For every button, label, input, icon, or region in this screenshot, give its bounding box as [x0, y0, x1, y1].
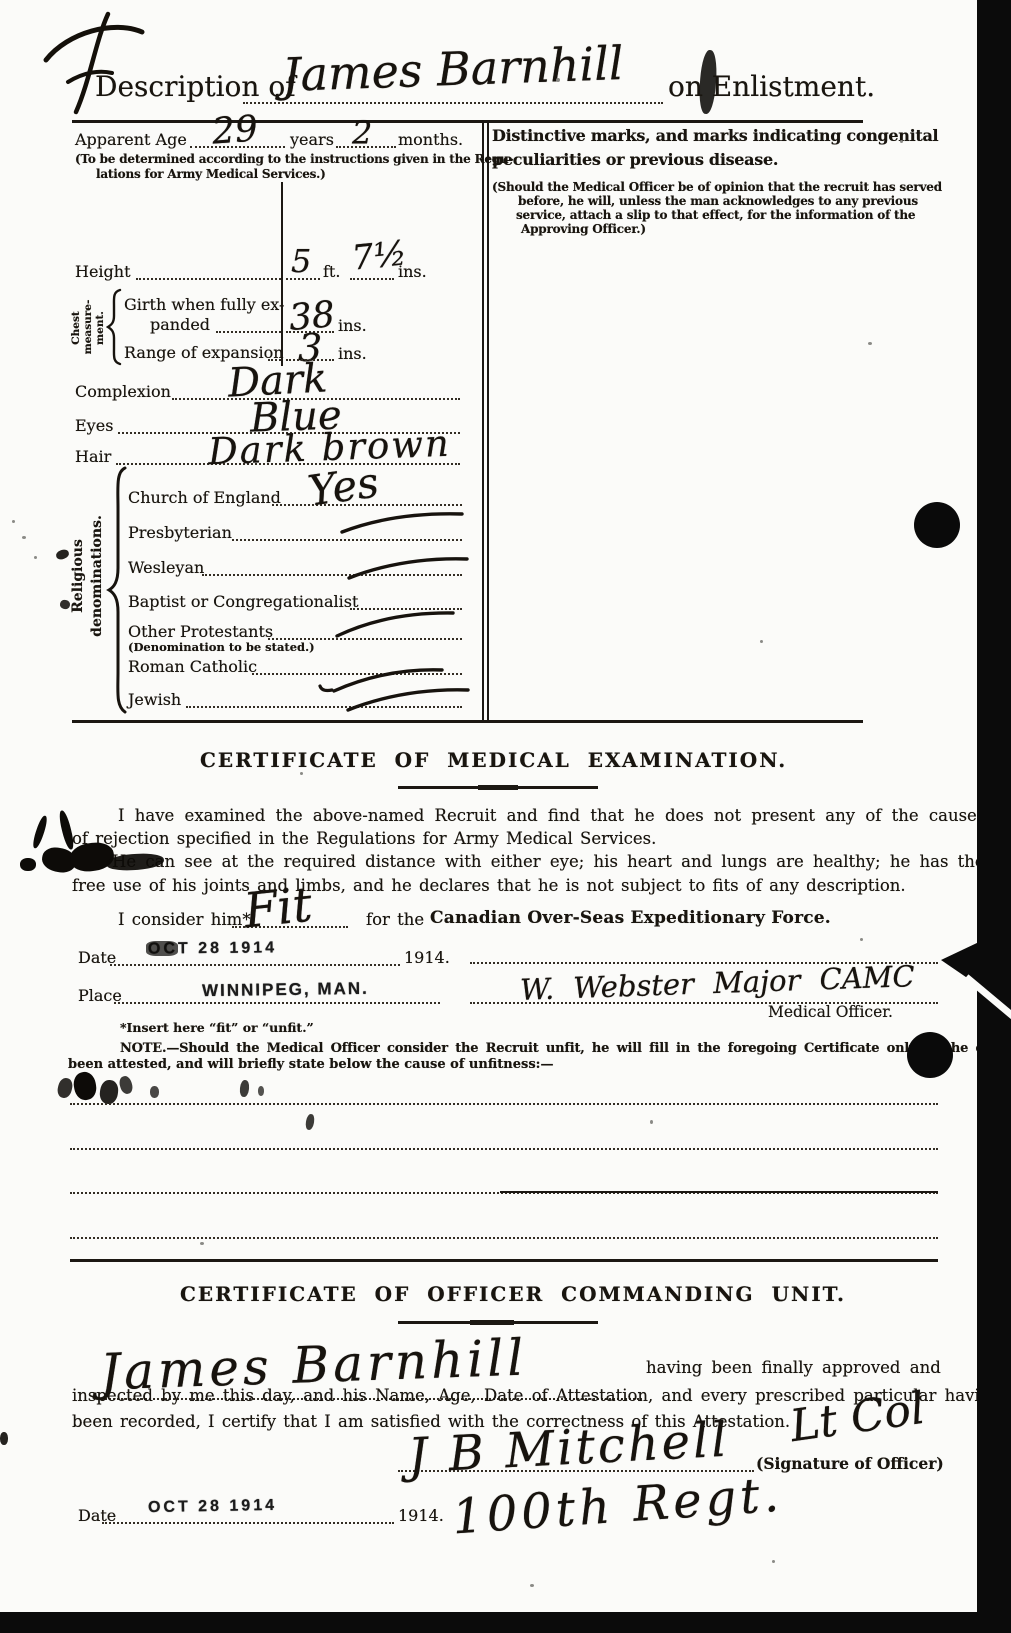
consider-mid: for the: [366, 910, 424, 929]
religion-side-label-2: denominations.: [89, 515, 105, 637]
officer-signature-caption: (Signature of Officer): [756, 1454, 944, 1473]
baptist-label: Baptist or Congregationalist: [128, 592, 358, 611]
chest-brace: [106, 288, 122, 366]
cause-line-2: [70, 1130, 938, 1150]
medical-para2-line2: free use of his joints and limbs, and he…: [72, 876, 906, 895]
chest-side-label-2: measure-: [82, 300, 94, 355]
table-top-rule: [72, 120, 863, 123]
height-label: Height: [75, 262, 131, 281]
speck-10: [300, 772, 303, 775]
other-protestants-label: Other Protestants: [128, 622, 273, 641]
eyes-label: Eyes: [75, 416, 113, 435]
chest-side-label-1: Chest: [70, 311, 82, 344]
distinctive-marks-note-3: service, attach a slip to that effect, f…: [516, 208, 915, 222]
chest-side-label-3: ment.: [94, 311, 106, 345]
speck-1: [12, 520, 15, 523]
speck-5: [868, 342, 872, 345]
column-divider-line-1: [482, 120, 484, 722]
roman-catholic-label: Roman Catholic: [128, 657, 257, 676]
girth-unit: ins.: [338, 316, 367, 335]
church-of-england-label: Church of England: [128, 488, 281, 507]
jewish-label: Jewish: [128, 690, 181, 709]
cause-line-3-solid: [500, 1191, 938, 1193]
height-dots-3: [350, 260, 394, 280]
cause-line-5: [70, 1259, 938, 1262]
insert-fit-note: *Insert here “fit” or “unfit.”: [120, 1020, 314, 1035]
speck-13: [556, 78, 560, 82]
age-months-unit: months.: [398, 130, 463, 149]
table-bottom-rule: [72, 720, 863, 723]
scanned-enlistment-form: Description of James Barnhill on Enlistm…: [0, 0, 1011, 1633]
height-dots: [136, 260, 281, 280]
wesleyan-dash-mark: [345, 552, 471, 580]
medical-date-year: 1914.: [404, 948, 450, 967]
medical-para2-line1: He can see at the required distance with…: [112, 852, 985, 871]
wesleyan-label: Wesleyan: [128, 558, 204, 577]
presbyterian-label: Presbyterian: [128, 523, 232, 542]
speck-12: [772, 1560, 775, 1563]
fitness-value: Fit: [241, 877, 314, 940]
co-heading-underline-blob: [470, 1320, 514, 1325]
presbyterian-dash-mark: [338, 508, 466, 534]
co-certificate-heading: CERTIFICATE OF OFFICER COMMANDING UNIT.: [180, 1282, 760, 1306]
jewish-dash-mark: [344, 682, 472, 712]
age-note-line1: (To be determined according to the instr…: [75, 152, 513, 166]
unfit-note-line1: NOTE.—Should the Medical Officer conside…: [120, 1041, 1011, 1056]
distinctive-marks-note-4: Approving Officer.): [521, 222, 646, 236]
cause-line-1: [70, 1085, 938, 1105]
hole-punch-bottom: [907, 1032, 953, 1078]
other-protestants-dash-mark: [333, 606, 457, 638]
religion-side-label-1: Religious: [70, 539, 86, 613]
value-column-line: [281, 182, 283, 366]
speck-7: [650, 1120, 653, 1124]
girth-label-line2: panded: [150, 315, 210, 334]
cause-line-4: [70, 1219, 938, 1239]
consider-prefix: I consider him*: [118, 910, 251, 929]
distinctive-marks-heading-2: peculiarities or previous disease.: [492, 150, 778, 169]
scan-right-bar: [977, 0, 1011, 1633]
range-unit: ins.: [338, 344, 367, 363]
age-months-value: 2: [352, 114, 372, 152]
age-years-value: 29: [211, 108, 260, 152]
distinctive-marks-note-1: (Should the Medical Officer be of opinio…: [492, 180, 942, 194]
speck-11: [530, 1584, 534, 1587]
date-stamp-overstrike: [146, 941, 178, 956]
girth-label-line1: Girth when fully ex-: [124, 295, 284, 314]
smudge-8: [305, 1113, 316, 1130]
medical-certificate-heading: CERTIFICATE OF MEDICAL EXAMINATION.: [200, 748, 740, 772]
co-date-year: 1914.: [398, 1506, 444, 1525]
distinctive-marks-note-2: before, he will, unless the man acknowle…: [518, 194, 918, 208]
speck-2: [22, 536, 26, 539]
height-inches-unit: ins.: [398, 262, 427, 281]
speck-6: [760, 640, 763, 643]
ink-blot-stroke-1: [31, 815, 49, 850]
other-protestants-sub-label: (Denomination to be stated.): [128, 640, 315, 654]
girth-dots: [216, 313, 281, 333]
apparent-age-label: Apparent Age: [75, 130, 187, 149]
religion-brace: [106, 466, 128, 714]
age-years-unit: years: [290, 130, 334, 149]
speck-8: [200, 1242, 204, 1245]
height-feet-unit: ft.: [323, 262, 340, 281]
complexion-label: Complexion: [75, 382, 171, 401]
ink-blot-main-4: [20, 858, 36, 871]
force-name: Canadian Over-Seas Expeditionary Force.: [430, 908, 831, 928]
scan-bottom-bar: [0, 1612, 1011, 1633]
speck-4: [900, 140, 903, 143]
age-note-line2: lations for Army Medical Services.): [96, 167, 326, 181]
co-approved-text: having been finally approved and: [646, 1358, 941, 1377]
margin-mark-1: [55, 548, 70, 561]
unfit-note-line2: been attested, and will briefly state be…: [68, 1057, 553, 1072]
speck-9: [860, 938, 863, 941]
column-divider-line-2: [487, 120, 489, 722]
hole-punch-top: [914, 502, 960, 548]
medical-heading-underline-blob: [478, 785, 518, 790]
church-of-england-value: Yes: [305, 457, 382, 515]
margin-mark-3: [0, 1432, 8, 1445]
co-date-stamp: OCT 28 1914: [148, 1497, 277, 1517]
distinctive-marks-heading-1: Distinctive marks, and marks indicating …: [492, 126, 938, 145]
medical-para1-line2: of rejection specified in the Regulation…: [72, 829, 656, 848]
height-dots-2: [286, 260, 320, 280]
hair-label: Hair: [75, 447, 111, 466]
speck-3: [34, 556, 37, 559]
medical-place-stamp: WINNIPEG, MAN.: [202, 979, 369, 1001]
title-suffix: on Enlistment.: [668, 70, 875, 103]
medical-officer-caption: Medical Officer.: [768, 1003, 893, 1021]
medical-para1-line1: I have examined the above-named Recruit …: [118, 806, 985, 825]
